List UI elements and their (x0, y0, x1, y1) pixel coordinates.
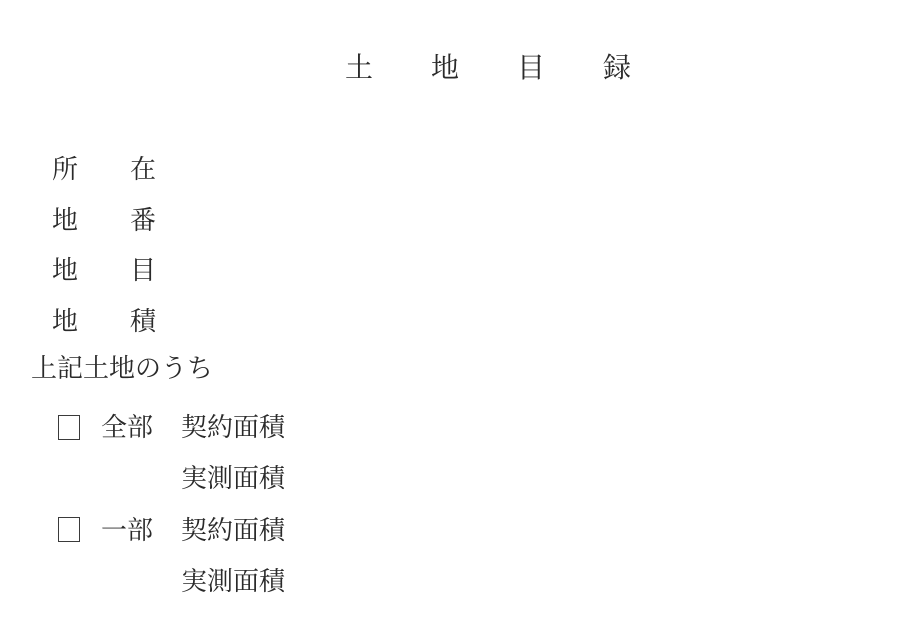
field-label-lot-number: 地 番 (52, 208, 156, 234)
document-title: 土 地 目 録 (345, 55, 646, 83)
field-label-land-area: 地 積 (52, 309, 156, 335)
subheading-above-land: 上記土地のうち (31, 356, 213, 382)
checkbox-part[interactable] (58, 517, 80, 542)
field-label-land-category: 地 目 (52, 258, 156, 284)
field-label-location: 所 在 (52, 157, 156, 183)
land-inventory-document: 土 地 目 録 所 在 地 番 地 目 地 積 上記土地のうち 全部 契約面積 … (0, 0, 900, 620)
option-part-contract-area-label: 契約面積 (181, 518, 285, 544)
option-whole-label: 全部 (101, 415, 153, 441)
option-part-measured-area-label: 実測面積 (181, 569, 285, 595)
option-part-label: 一部 (101, 518, 153, 544)
option-whole-measured-area-label: 実測面積 (181, 466, 285, 492)
checkbox-whole[interactable] (58, 415, 80, 440)
option-whole-contract-area-label: 契約面積 (181, 415, 285, 441)
